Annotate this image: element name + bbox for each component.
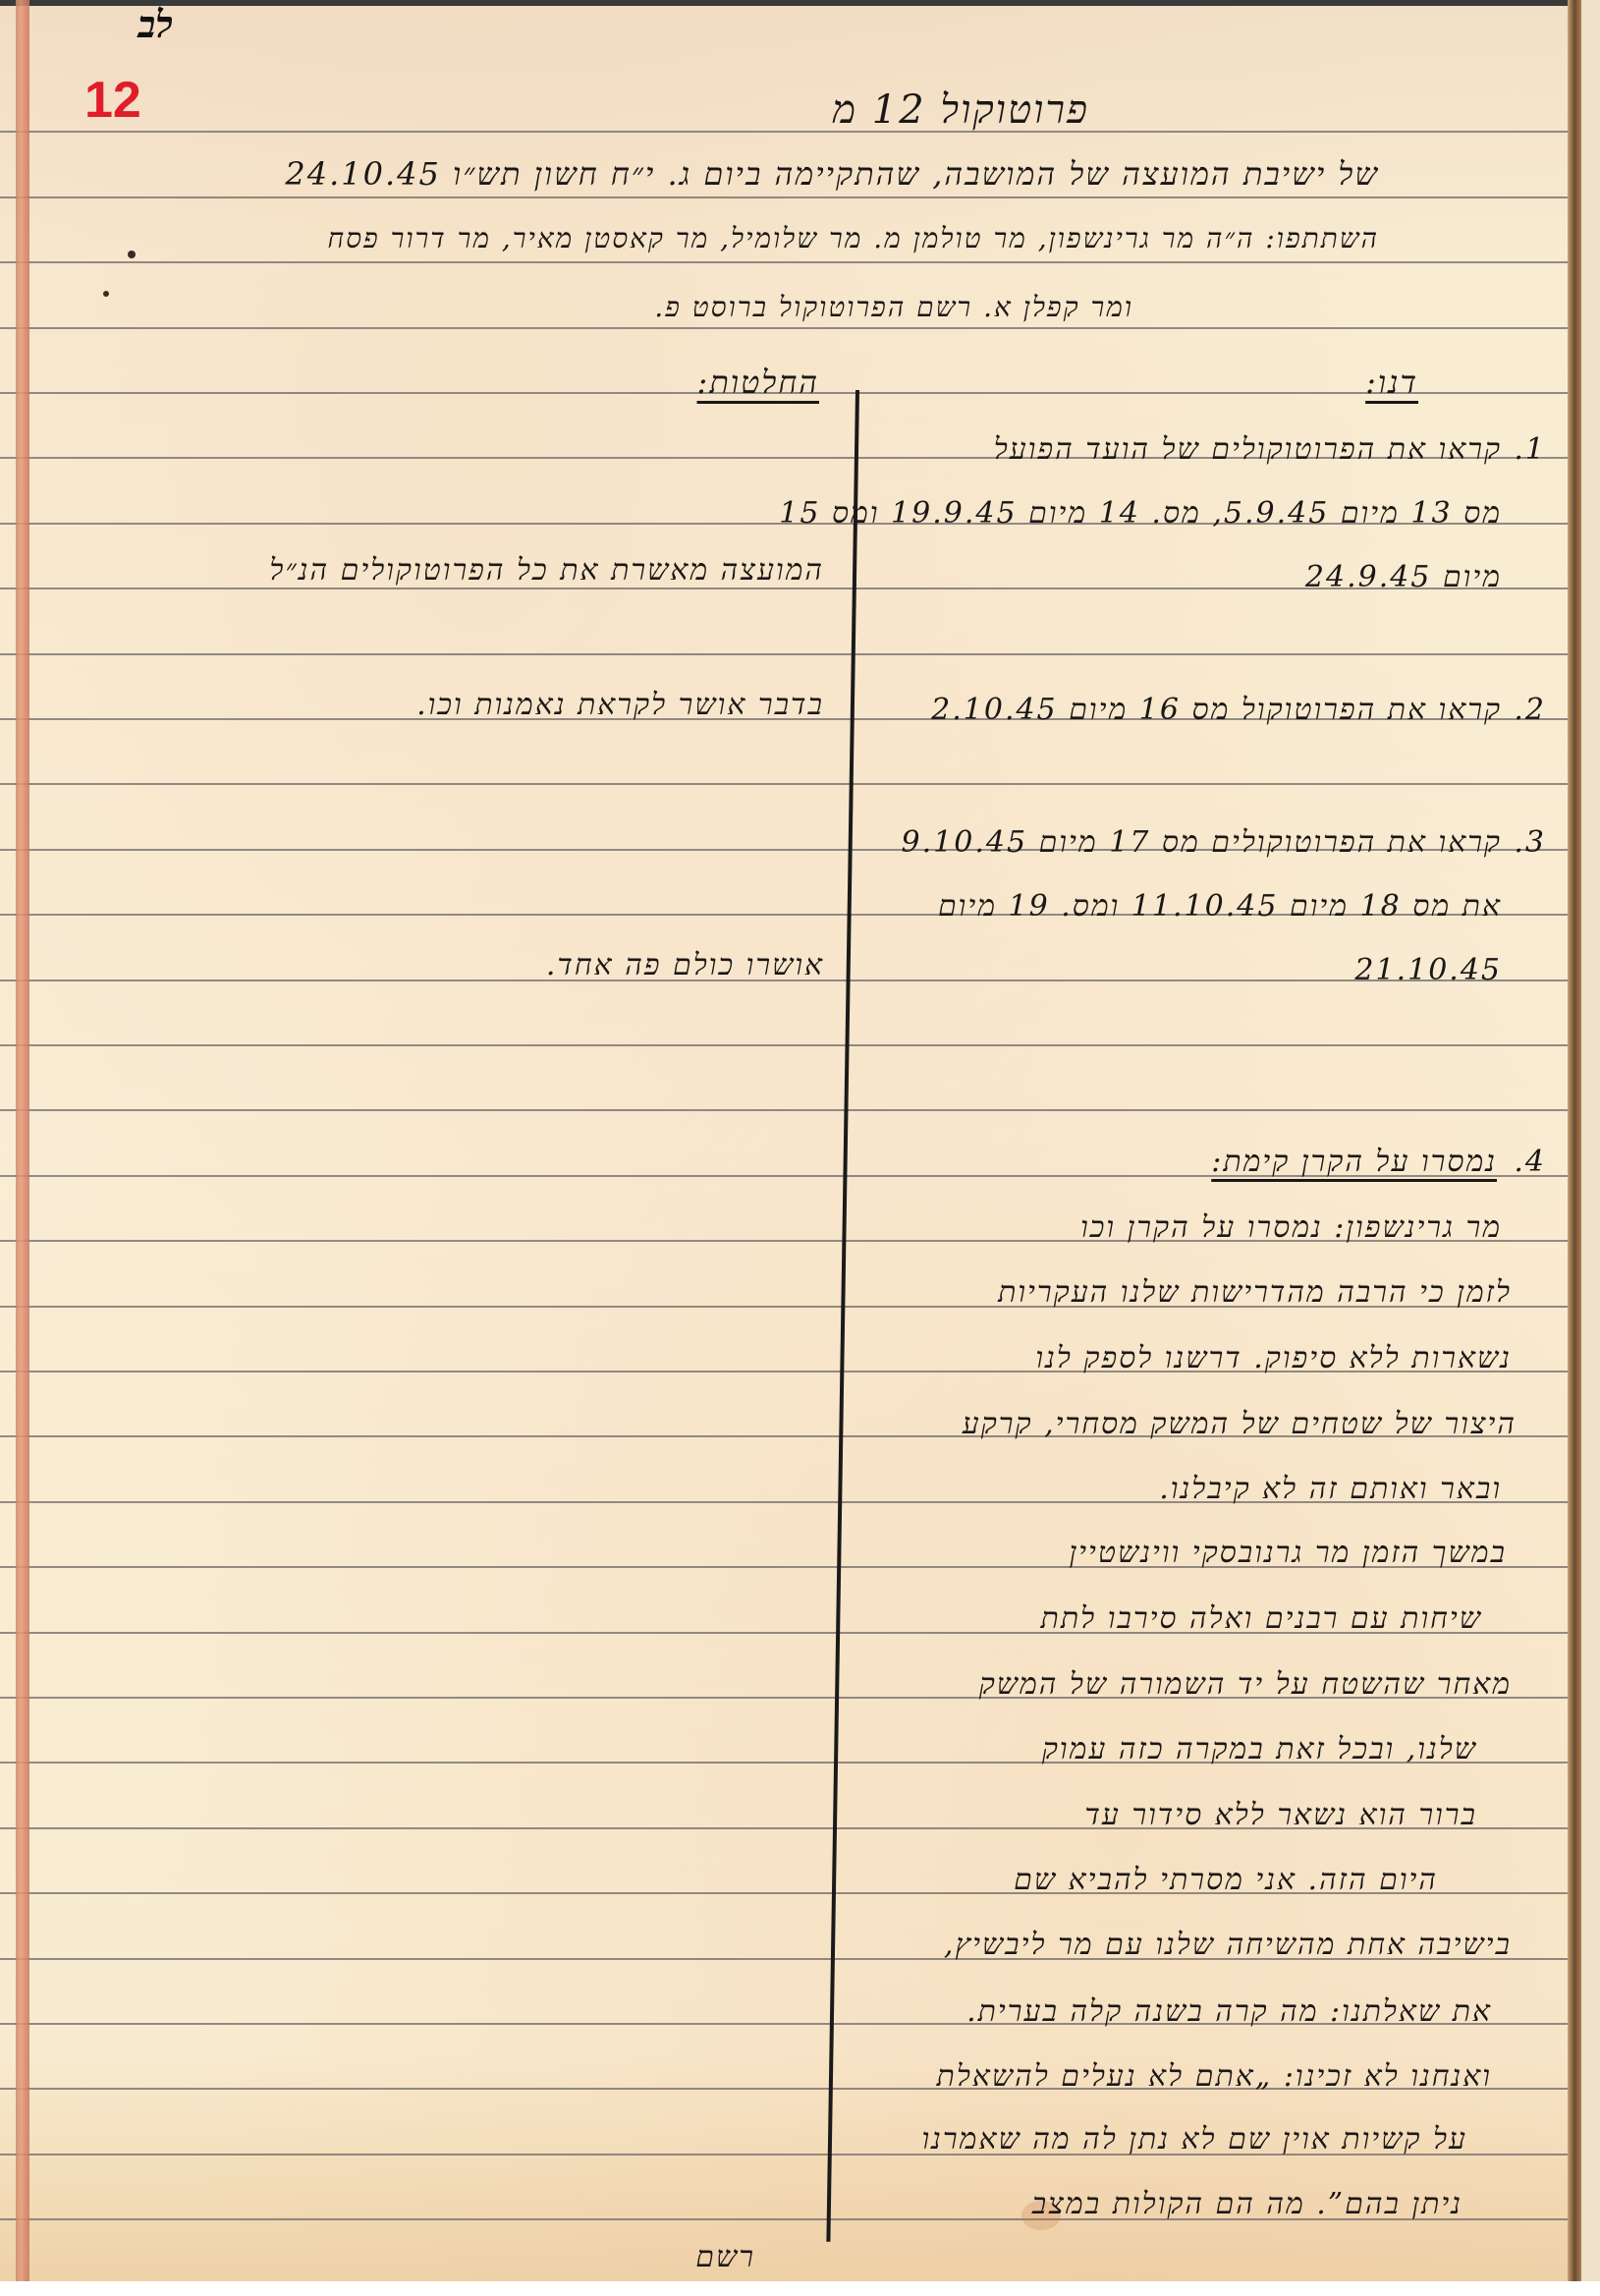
item-number: 2. xyxy=(1514,693,1546,727)
notebook-page: 12 לב פרוטוקול 12 מ של ישיבת המועצה של ה… xyxy=(0,0,1600,2281)
item-number: 4. xyxy=(1514,1145,1546,1179)
item-4-line: היום הזה. אני מסרתי להביא שם xyxy=(1014,1863,1438,1897)
column-divider xyxy=(826,390,859,2242)
ruled-line xyxy=(0,1044,1572,1046)
item-4-line: מאחר שהשטח על יד השמורה של המשק xyxy=(979,1667,1512,1702)
page-number: 12 xyxy=(84,71,141,130)
red-margin-line xyxy=(16,0,29,2281)
decision-1: המועצה מאשרת את כל הפרוטוקולים הנ״ל xyxy=(269,553,824,588)
item-number: 1. xyxy=(1514,432,1546,467)
ink-dot xyxy=(128,251,136,258)
scan-bottom-margin xyxy=(0,2281,1600,2296)
decision-3: אושרו כולם פה אחד. xyxy=(546,948,824,982)
decisions-heading: החלטות: xyxy=(697,364,819,401)
participants-line: השתתפו: ה״ה מר גרינשפון, מר טולמן מ. מר … xyxy=(328,222,1379,255)
page-title: פרוטוקול 12 מ xyxy=(832,86,1089,133)
ink-dot xyxy=(103,291,109,297)
ruled-line xyxy=(0,783,1572,785)
item-4-heading: נמסרו על הקרן קימת: xyxy=(1211,1145,1497,1179)
recorder-line: ומר קפלן א. רשם הפרוטוקול ברוסט פ. xyxy=(654,291,1133,324)
signature: רשם xyxy=(695,2240,755,2274)
decision-2: בדבר אושר לקראת נאמנות וכו. xyxy=(416,688,824,722)
meeting-header-line: של ישיבת המועצה של המושבה, שהתקיימה ביום… xyxy=(285,155,1379,193)
discussed-heading: דנו: xyxy=(1365,364,1418,401)
item-4-line: במשך הזמן מר גרנובסקי ווינשטיין xyxy=(1070,1536,1507,1570)
item-4-line: על קשיות אוין שם לא נתן לה מה שאמרנו xyxy=(922,2122,1468,2156)
item-2-line: קראו את הפרוטוקול מס 16 מיום 2.10.45 xyxy=(931,693,1502,727)
item-4-line: את שאלתנו: מה קרה בשנה קלה בערית. xyxy=(966,1994,1492,2029)
next-page-edge xyxy=(1581,0,1600,2281)
ruled-line xyxy=(0,196,1572,198)
item-4-line: נשארות ללא סיפוק. דרשנו לספק לנו xyxy=(1035,1341,1512,1375)
item-4-line: בישיבה אחת מהשיחה שלנו עם מר ליבשיץ, xyxy=(944,1928,1512,1962)
item-4-line: ברור הוא נשאר ללא סידור עד xyxy=(1084,1798,1477,1832)
scan-top-edge xyxy=(0,0,1600,6)
corner-mark: לב xyxy=(138,2,173,47)
item-4-line: מר גרינשפון: נמסרו על הקרן וכו xyxy=(1080,1210,1502,1245)
item-1-line: מיום 24.9.45 xyxy=(1305,560,1502,594)
ruled-line xyxy=(0,1109,1572,1111)
item-4-line: היצור של שטחים של המשק מסחרי, קרקע xyxy=(963,1407,1517,1441)
item-3-line: קראו את הפרוטוקולים מס 17 מיום 9.10.45 xyxy=(902,825,1502,860)
item-4-line: לזמן כי הרבה מהדרישות שלנו העקריות xyxy=(998,1275,1512,1310)
item-4-line: שיחות עם רבנים ואלה סירבו לתת xyxy=(1041,1601,1482,1636)
item-4-line: ניתן בהם”. מה הם הקולות במצב xyxy=(1032,2187,1462,2221)
item-1-line: קראו את הפרוטוקולים של הועד הפועל xyxy=(994,432,1502,467)
item-3-line: את מס 18 מיום 11.10.45 ומס. 19 מיום xyxy=(938,889,1502,924)
ruled-line xyxy=(0,653,1572,655)
ruled-line xyxy=(0,327,1572,329)
item-number: 3. xyxy=(1514,825,1546,860)
item-3-line: 21.10.45 xyxy=(1354,953,1502,987)
item-4-line: ואנחנו לא זכינו: „אתם לא נעלים להשאלת xyxy=(937,2059,1492,2094)
item-1-line: מס 13 מיום 5.9.45, מס. 14 מיום 19.9.45 ו… xyxy=(779,496,1502,531)
ruled-line xyxy=(0,131,1572,133)
notebook-binding xyxy=(1568,0,1581,2281)
item-4-line: ובאר ואותם זה לא קיבלנו. xyxy=(1159,1472,1502,1506)
item-4-line: שלנו, ובכל זאת במקרה כזה עמוק xyxy=(1042,1732,1477,1766)
ruled-line xyxy=(0,261,1572,263)
